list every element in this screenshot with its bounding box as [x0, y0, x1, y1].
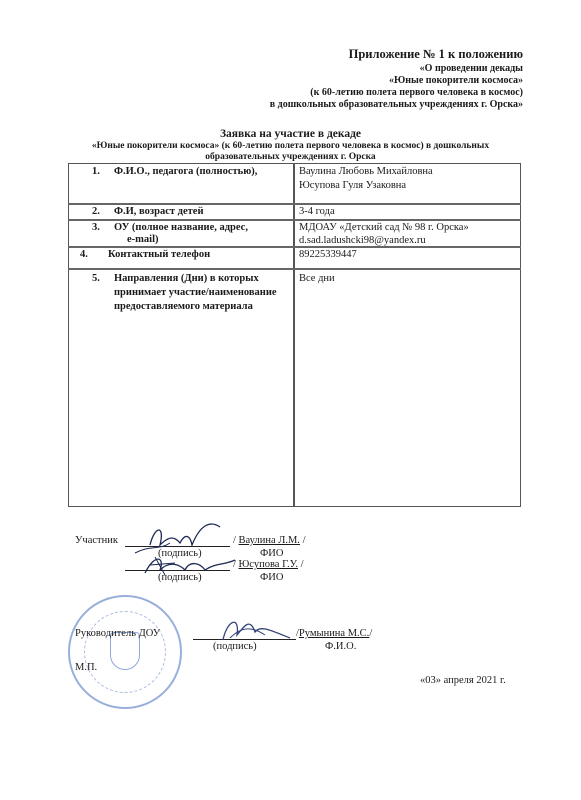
signature-caption: (подпись)	[158, 572, 202, 583]
row-label-text: Ф.И.О., педагога (полностью),	[114, 166, 257, 177]
name-caption: ФИО	[260, 548, 283, 559]
row-number: 3.	[92, 222, 114, 233]
table-row-divider	[68, 203, 521, 205]
table-row-value: Все дни	[299, 273, 335, 284]
appendix-line-2: «Юные покорители космоса»	[389, 75, 523, 86]
head-label: Руководитель ДОУ	[75, 628, 160, 639]
appendix-title: Приложение № 1 к положению	[349, 47, 523, 62]
head-name-text: Румынина М.С.	[299, 628, 369, 639]
participant-2-name: / Юсупова Г.У. /	[233, 559, 304, 570]
row-label-text: Ф.И, возраст детей	[114, 206, 204, 217]
participant-2-name-text: Юсупова Г.У.	[239, 559, 298, 570]
row-number: 5.	[92, 273, 114, 284]
participant-1-name-text: Ваулина Л.М.	[239, 535, 300, 546]
document-date: «03» апреля 2021 г.	[420, 675, 506, 686]
table-row-label: 1.Ф.И.О., педагога (полностью),	[92, 166, 257, 177]
participant-label: Участник	[75, 535, 118, 546]
table-row-value: Юсупова Гуля Узаковна	[299, 180, 406, 191]
table-row-value: d.sad.ladushcki98@yandex.ru	[299, 235, 426, 246]
signature-caption: (подпись)	[213, 641, 257, 652]
appendix-line-3: (к 60-летию полета первого человека в ко…	[310, 87, 523, 98]
form-subtitle-2: образовательных учреждениях г. Орска	[0, 152, 581, 162]
row-label-text: предоставляемого материала	[114, 301, 253, 312]
participant-1-name: / Ваулина Л.М. /	[233, 535, 305, 546]
row-number: 4.	[80, 249, 108, 260]
row-label-text: e-mail)	[127, 234, 159, 245]
row-label-text: Контактный телефон	[108, 249, 210, 260]
table-row-divider	[68, 268, 521, 270]
table-column-divider	[293, 163, 295, 507]
row-number: 2.	[92, 206, 114, 217]
table-row-divider	[68, 246, 521, 248]
table-row-label: 5.Направления (Дни) в которых	[92, 273, 259, 284]
name-caption: ФИО	[260, 572, 283, 583]
table-row-value: Ваулина Любовь Михайловна	[299, 166, 433, 177]
seal-label: М.П.	[75, 662, 97, 673]
table-row-label: 4.Контактный телефон	[80, 249, 210, 260]
table-row-value: МДОАУ «Детский сад № 98 г. Орска»	[299, 222, 469, 233]
table-row-value: 89225339447	[299, 249, 357, 260]
head-name: /Румынина М.С./	[296, 628, 372, 639]
appendix-line-4: в дошкольных образовательных учреждениях…	[270, 99, 523, 110]
table-row-label: 2.Ф.И, возраст детей	[92, 206, 204, 217]
row-label-text: ОУ (полное название, адрес,	[114, 222, 248, 233]
table-row-divider	[68, 219, 521, 221]
appendix-line-1: «О проведении декады	[420, 63, 523, 74]
table-row-label: 3.ОУ (полное название, адрес,	[92, 222, 248, 233]
head-name-caption: Ф.И.О.	[325, 641, 356, 652]
form-subtitle-1: «Юные покорители космоса» (к 60-летию по…	[0, 141, 581, 151]
row-number: 1.	[92, 166, 114, 177]
row-label-text: Направления (Дни) в которых	[114, 273, 259, 284]
row-label-text: принимает участие/наименование	[114, 287, 277, 298]
form-title: Заявка на участие в декаде	[0, 128, 581, 140]
table-row-value: 3-4 года	[299, 206, 335, 217]
